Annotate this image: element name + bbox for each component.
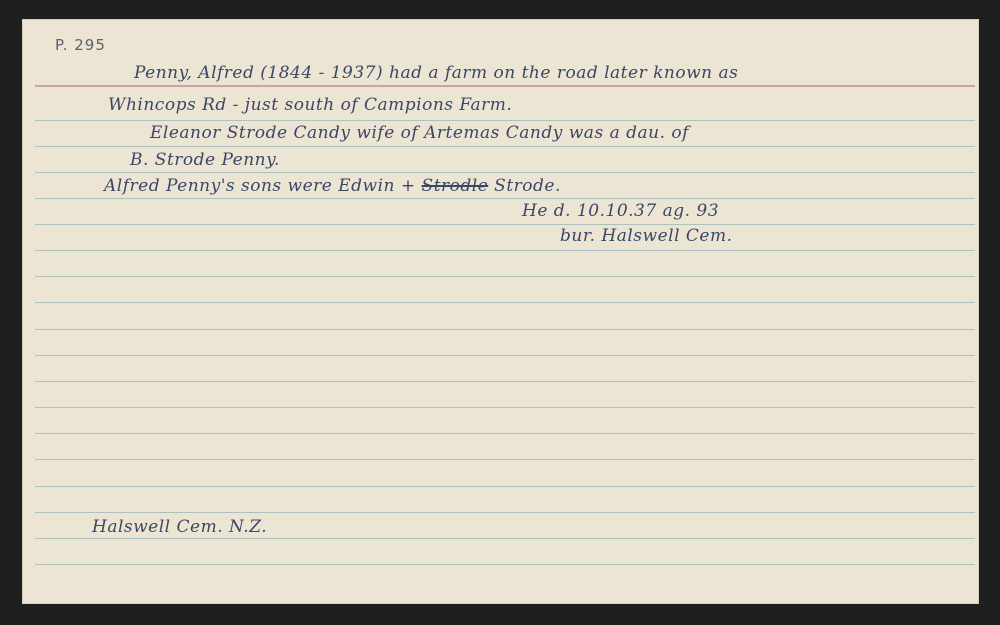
entry-line-1: Penny, Alfred (1844 - 1937) had a farm o… bbox=[134, 63, 738, 83]
index-card: P. 295 Penny, Alfred (1844 - 1937) had a… bbox=[22, 19, 979, 604]
ruled-line bbox=[35, 329, 975, 330]
entry-line-5: Alfred Penny's sons were Edwin + Strodle… bbox=[104, 176, 561, 196]
ruled-line bbox=[35, 407, 975, 408]
entry-line-4: B. Strode Penny. bbox=[130, 150, 280, 170]
burial-line: bur. Halswell Cem. bbox=[560, 226, 733, 246]
ruled-line bbox=[35, 146, 975, 147]
ruled-line bbox=[35, 224, 975, 225]
ruled-line bbox=[35, 276, 975, 277]
ruled-line bbox=[35, 459, 975, 460]
page-reference: P. 295 bbox=[55, 36, 106, 54]
ruled-line bbox=[35, 486, 975, 487]
ruled-line bbox=[35, 381, 975, 382]
ruled-line bbox=[35, 564, 975, 565]
header-rule bbox=[35, 85, 975, 87]
ruled-line bbox=[35, 250, 975, 251]
ruled-line bbox=[35, 512, 975, 513]
footer-note: Halswell Cem. N.Z. bbox=[92, 517, 267, 537]
death-line: He d. 10.10.37 ag. 93 bbox=[522, 201, 719, 221]
ruled-line bbox=[35, 538, 975, 539]
entry-line-5-after: Strode. bbox=[488, 176, 561, 196]
ruled-line bbox=[35, 433, 975, 434]
ruled-line bbox=[35, 198, 975, 199]
entry-line-2: Whincops Rd - just south of Campions Far… bbox=[108, 95, 512, 115]
entry-line-3: Eleanor Strode Candy wife of Artemas Can… bbox=[150, 123, 689, 143]
ruled-line bbox=[35, 302, 975, 303]
ruled-line bbox=[35, 355, 975, 356]
entry-line-5-before: Alfred Penny's sons were Edwin + bbox=[104, 176, 422, 196]
ruled-line bbox=[35, 172, 975, 173]
struck-word: Strodle bbox=[422, 176, 489, 196]
ruled-line bbox=[35, 120, 975, 121]
